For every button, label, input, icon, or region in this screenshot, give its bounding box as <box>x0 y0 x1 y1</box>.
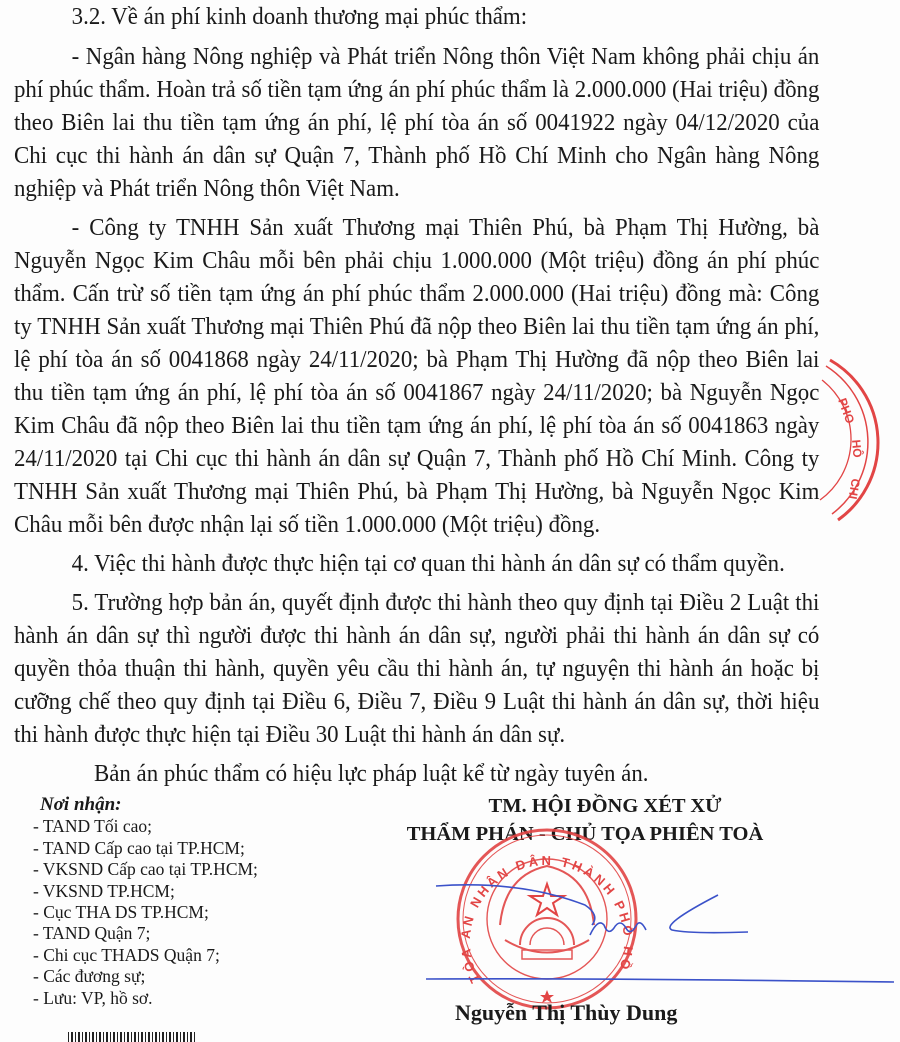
paragraph-company-fee: - Công ty TNHH Sản xuất Thương mại Thiên… <box>14 211 819 541</box>
paragraph-item-4: 4. Việc thi hành được thực hiện tại cơ q… <box>14 547 819 580</box>
recipient-item: - Chi cục THADS Quận 7; <box>33 945 258 966</box>
signer-name: Nguyễn Thị Thùy Dung <box>455 1000 677 1026</box>
recipient-item: - TAND Cấp cao tại TP.HCM; <box>33 838 258 859</box>
svg-text:PHO: PHO <box>835 396 857 425</box>
recipient-item: - TAND Quận 7; <box>33 923 258 944</box>
recipient-item: - Các đương sự; <box>33 966 258 987</box>
signature-title-line1: TM. HỘI ĐỒNG XÉT XỬ <box>405 792 805 820</box>
recipient-item: - TAND Tối cao; <box>33 816 258 837</box>
recipient-item: - Cục THA DS TP.HCM; <box>33 902 258 923</box>
paragraph-item-5: 5. Trường hợp bản án, quyết định được th… <box>14 586 819 751</box>
paragraph-effective: Bản án phúc thẩm có hiệu lực pháp luật k… <box>14 757 819 790</box>
document-page: 3.2. Về án phí kinh doanh thương mại phú… <box>0 0 900 1042</box>
section-heading-3-2: 3.2. Về án phí kinh doanh thương mại phú… <box>14 0 819 33</box>
recipient-item: - VKSND TP.HCM; <box>33 881 258 902</box>
signature-block: TM. HỘI ĐỒNG XÉT XỬ THẨM PHÁN - CHỦ TỌA … <box>365 792 805 848</box>
judgment-body: 3.2. Về án phí kinh doanh thương mại phú… <box>14 0 819 796</box>
recipients-title: Nơi nhận: <box>40 794 258 815</box>
signature-title-line2: THẨM PHÁN - CHỦ TỌA PHIÊN TOÀ <box>365 820 805 848</box>
recipient-item: - Lưu: VP, hồ sơ. <box>33 988 258 1009</box>
recipients-list: Nơi nhận: - TAND Tối cao; - TAND Cấp cao… <box>33 794 258 1009</box>
paragraph-bank-fee: - Ngân hàng Nông nghiệp và Phát triển Nô… <box>14 40 819 205</box>
barcode-icon <box>68 1032 196 1042</box>
svg-text:CHI: CHI <box>845 477 862 500</box>
svg-text:HÔ: HÔ <box>849 439 866 458</box>
recipient-item: - VKSND Cấp cao tại TP.HCM; <box>33 859 258 880</box>
